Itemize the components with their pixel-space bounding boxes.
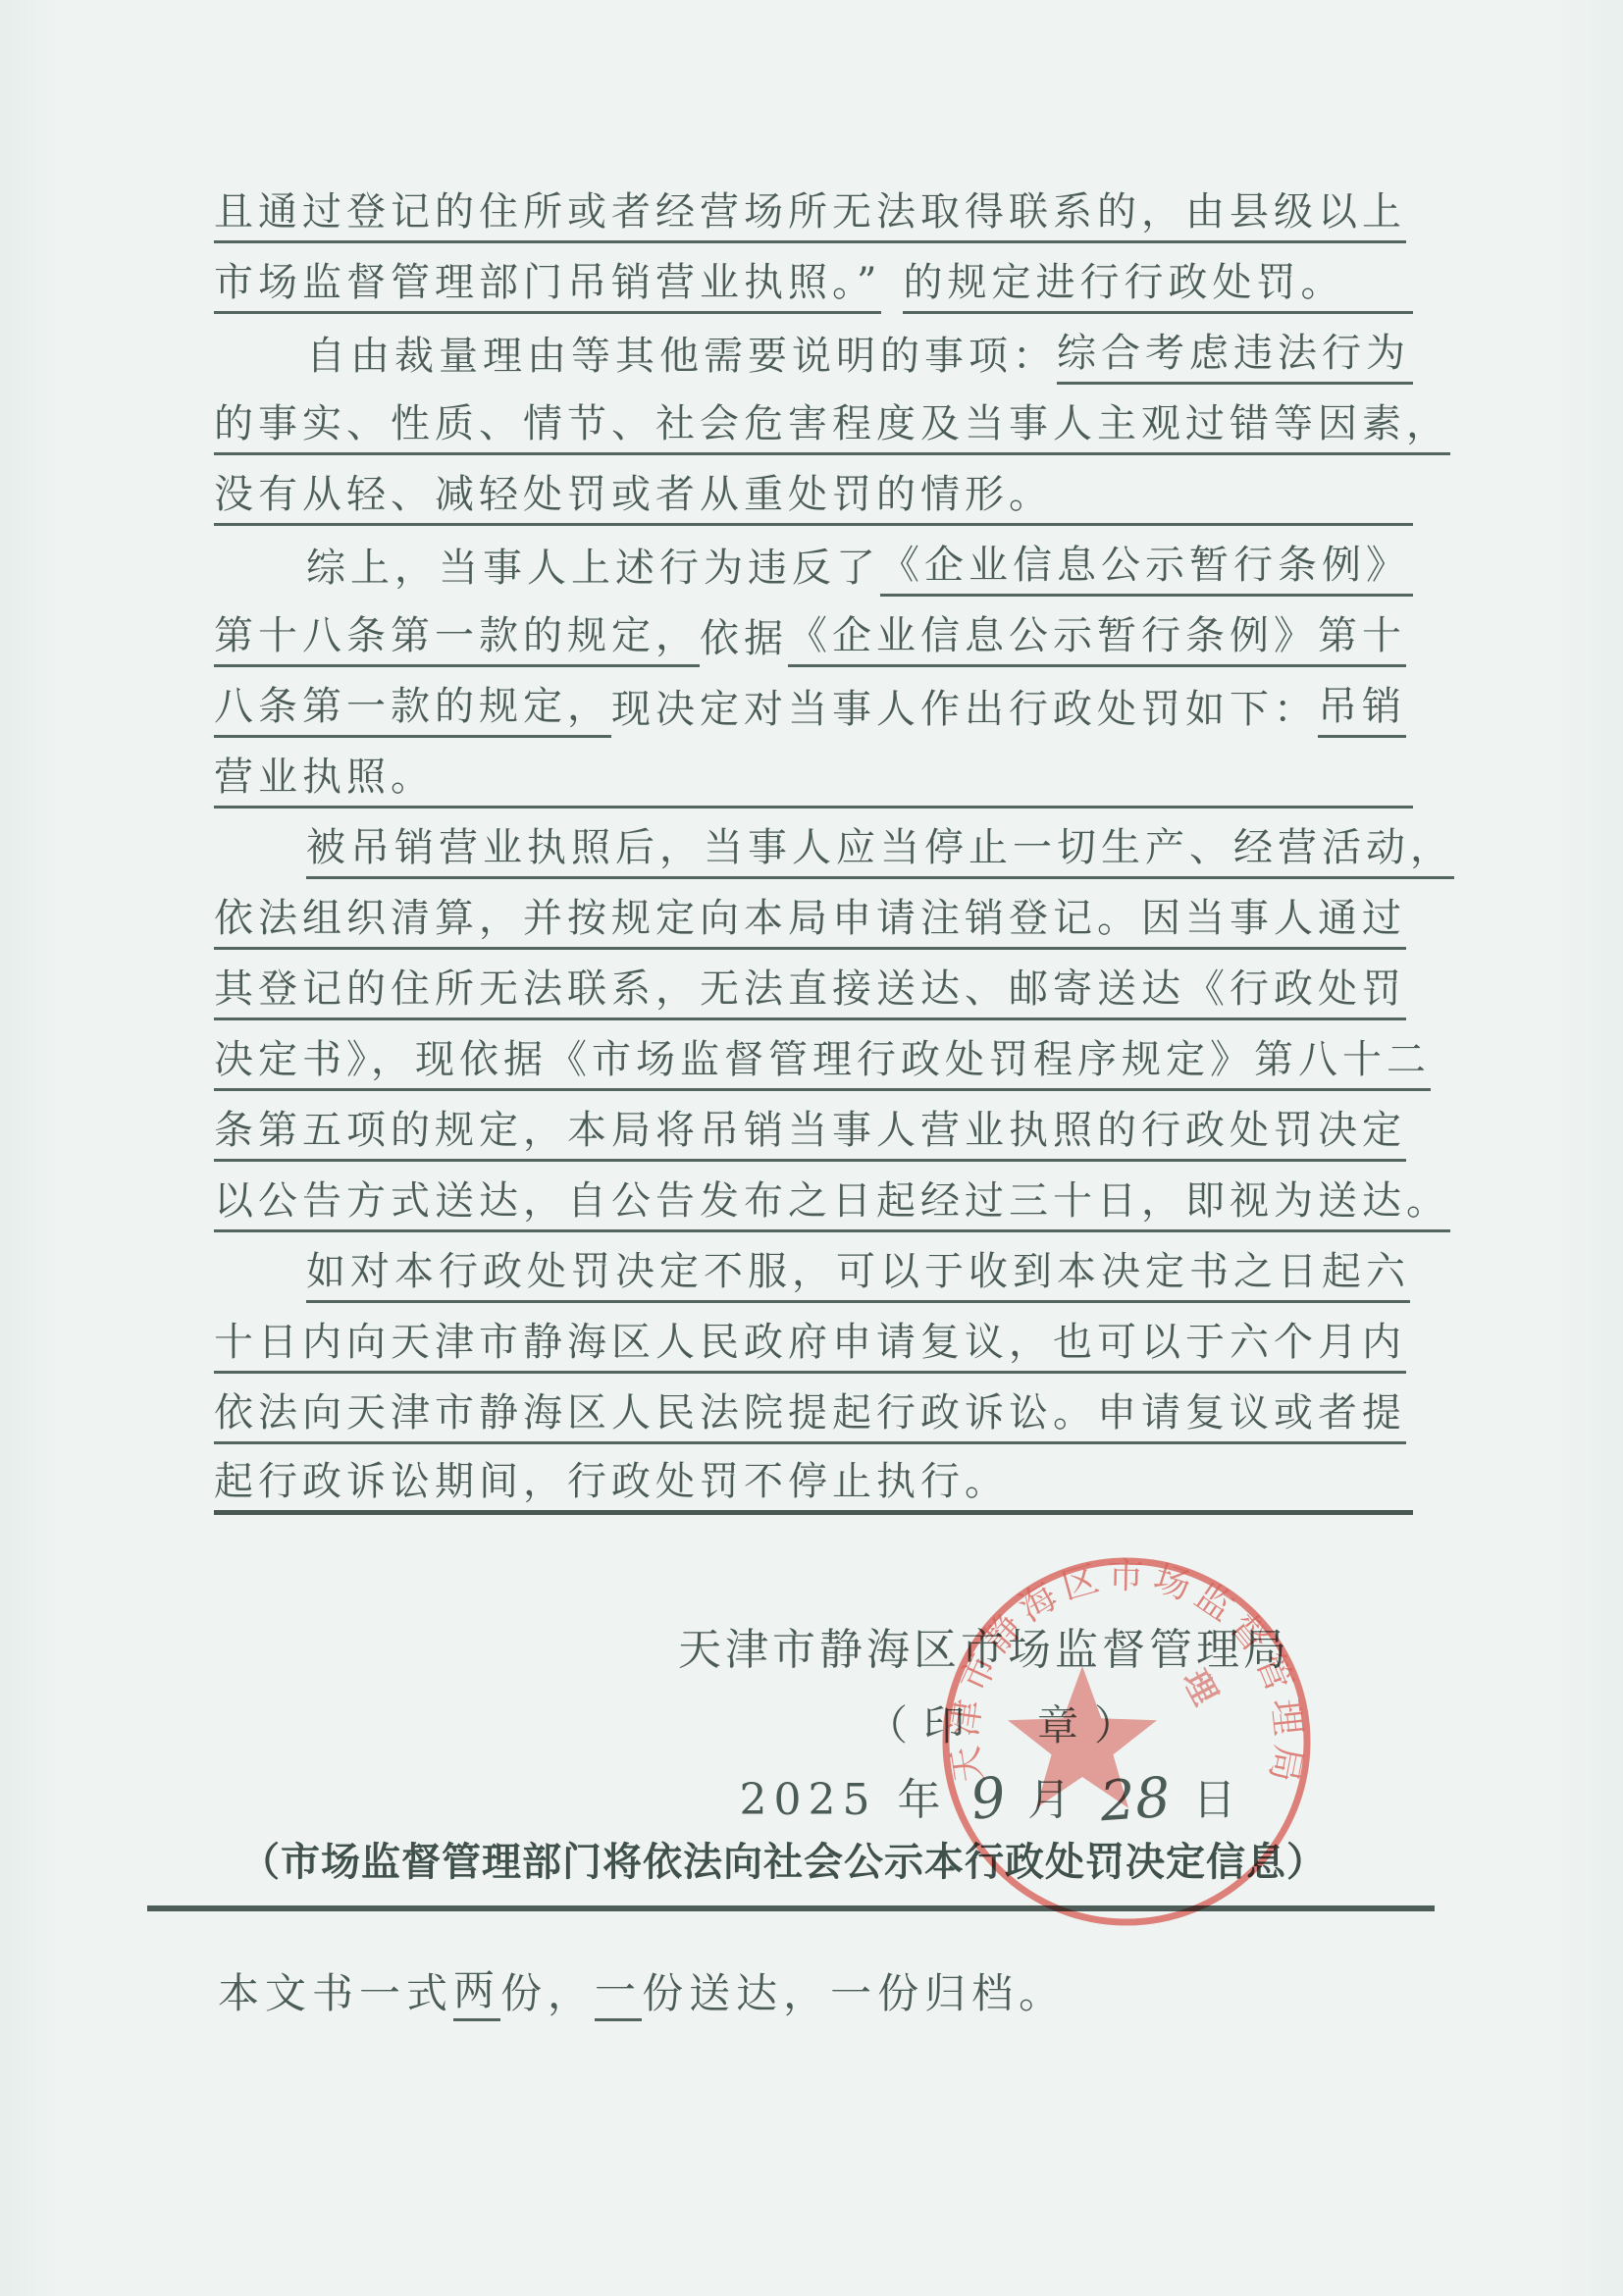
filled-text-segment: 第十八条第一款的规定， — [214, 614, 700, 667]
body-line: 营业执照。 — [214, 738, 1413, 809]
body-line: 依法组织清算，并按规定向本局申请注销登记。因当事人通过 — [214, 879, 1413, 950]
handwritten-day: 28 — [1098, 1766, 1173, 1835]
footer-filled-blank: 两 — [453, 1968, 500, 2021]
blank-rule-filler — [1009, 1510, 1413, 1515]
filled-text-segment: 市场监督管理部门吊销营业执照。” — [214, 261, 881, 314]
blank-rule-filler — [435, 806, 1413, 809]
filled-text-segment: 其登记的住所无法联系，无法直接送达、邮寄送达《行政处罚 — [214, 967, 1406, 1020]
divider-line — [147, 1905, 1435, 1911]
filled-text-segment: 《企业信息公示暂行条例》第十 — [788, 614, 1406, 667]
footer-copies-note: 本文书一式两份，一份送达，一份归档。 — [218, 1962, 1425, 2021]
body-line: 的事实、性质、情节、社会危害程度及当事人主观过错等因素， — [214, 385, 1413, 455]
body-line: 没有从轻、减轻处罚或者从重处罚的情形。 — [214, 455, 1413, 526]
filled-text-segment: 十日内向天津市静海区人民政府申请复议，也可以于六个月内 — [214, 1321, 1406, 1374]
body-line: 十日内向天津市静海区人民政府申请复议，也可以于六个月内 — [214, 1303, 1413, 1374]
footer-filled-blank: 一 — [595, 1968, 642, 2021]
filled-text-segment: 八条第一款的规定， — [214, 685, 611, 738]
body-line: 市场监督管理部门吊销营业执照。”的规定进行行政处罚。 — [214, 243, 1413, 314]
footer-text-segment: 本文书一式 — [218, 1971, 453, 2021]
filled-text-segment: 以公告方式送达，自公告发布之日起经过三十日，即视为送达。 — [214, 1179, 1450, 1232]
footer-text-segment: 份送达，一份归档。 — [642, 1971, 1066, 2021]
filled-text-segment: 的事实、性质、情节、社会危害程度及当事人主观过错等因素， — [214, 402, 1450, 455]
public-disclosure-note: （市场监督管理部门将依法向社会公示本行政处罚决定信息） — [240, 1831, 1359, 1887]
seal-placeholder-note: （印 章） — [734, 1694, 1283, 1752]
filled-text-segment: 被吊销营业执照后，当事人应当停止一切生产、经营活动， — [306, 826, 1454, 879]
filled-text-segment: 综合考虑违法行为 — [1057, 332, 1410, 385]
filled-text-segment: 起行政诉讼期间，行政处罚不停止执行。 — [214, 1460, 1009, 1515]
filled-text-segment: 依法向天津市静海区人民法院提起行政诉讼。申请复议或者提 — [214, 1391, 1406, 1444]
template-text-segment: 综上，当事人上述行为违反了 — [306, 547, 880, 597]
body-line: 综上，当事人上述行为违反了《企业信息公示暂行条例》 — [214, 526, 1413, 597]
body-line: 决定书》，现依据《市场监督管理行政处罚程序规定》第八十二 — [214, 1020, 1413, 1091]
filled-text-segment: 决定书》，现依据《市场监督管理行政处罚程序规定》第八十二 — [214, 1038, 1431, 1091]
footer-text-segment: 份， — [500, 1971, 595, 2021]
body-line: 条第五项的规定，本局将吊销当事人营业执照的行政处罚决定 — [214, 1091, 1413, 1162]
filled-text-segment: 依法组织清算，并按规定向本局申请注销登记。因当事人通过 — [214, 897, 1406, 950]
date-year-label: 年 — [898, 1775, 948, 1825]
blank-rule-filler — [1410, 594, 1413, 597]
handwritten-month: 9 — [967, 1765, 1009, 1833]
signature-agency: 天津市静海区市场监督管理局 — [675, 1614, 1293, 1677]
body-text: 且通过登记的住所或者经营场所无法取得联系的，由县级以上市场监督管理部门吊销营业执… — [214, 173, 1413, 1515]
template-text-segment: 现决定对当事人作出行政处罚如下： — [611, 688, 1318, 738]
body-line: 自由裁量理由等其他需要说明的事项：综合考虑违法行为 — [214, 314, 1413, 385]
body-line: 被吊销营业执照后，当事人应当停止一切生产、经营活动， — [214, 809, 1413, 879]
blank-rule-filler — [1053, 523, 1413, 526]
body-line: 依法向天津市静海区人民法院提起行政诉讼。申请复议或者提 — [214, 1374, 1413, 1444]
body-line: 第十八条第一款的规定，依据《企业信息公示暂行条例》第十 — [214, 597, 1413, 667]
body-line: 以公告方式送达，自公告发布之日起经过三十日，即视为送达。 — [214, 1162, 1413, 1232]
filled-text-segment: 吊销 — [1318, 685, 1406, 738]
template-text-segment: 依据 — [700, 617, 788, 667]
date-year: 2025 — [740, 1775, 877, 1825]
body-line: 如对本行政处罚决定不服，可以于收到本决定书之日起六 — [214, 1232, 1413, 1303]
scanned-penalty-decision-page: 且通过登记的住所或者经营场所无法取得联系的，由县级以上市场监督管理部门吊销营业执… — [0, 0, 1623, 2296]
body-line: 起行政诉讼期间，行政处罚不停止执行。 — [214, 1444, 1413, 1515]
filled-text-segment: 没有从轻、减轻处罚或者从重处罚的情形。 — [214, 473, 1053, 526]
body-line: 且通过登记的住所或者经营场所无法取得联系的，由县级以上 — [214, 173, 1413, 243]
body-line: 其登记的住所无法联系，无法直接送达、邮寄送达《行政处罚 — [214, 950, 1413, 1020]
body-line: 八条第一款的规定，现决定对当事人作出行政处罚如下：吊销 — [214, 667, 1413, 738]
filled-text-segment: 《企业信息公示暂行条例》 — [880, 544, 1410, 597]
date-day-label: 日 — [1192, 1775, 1242, 1825]
date-month-label: 月 — [1027, 1775, 1077, 1825]
filled-text-segment: 条第五项的规定，本局将吊销当事人营业执照的行政处罚决定 — [214, 1109, 1406, 1162]
blank-rule-filler — [1410, 382, 1413, 385]
filled-text-segment: 且通过登记的住所或者经营场所无法取得联系的，由县级以上 — [214, 190, 1406, 243]
signature-date: 2025 年 9 月 28 日 — [687, 1764, 1295, 1828]
filled-text-segment: 的规定进行行政处罚。 — [903, 261, 1344, 314]
filled-text-segment: 营业执照。 — [214, 756, 435, 809]
template-text-segment: 自由裁量理由等其他需要说明的事项： — [306, 335, 1057, 385]
filled-text-segment: 如对本行政处罚决定不服，可以于收到本决定书之日起六 — [306, 1250, 1410, 1303]
blank-rule-filler — [1344, 311, 1413, 314]
